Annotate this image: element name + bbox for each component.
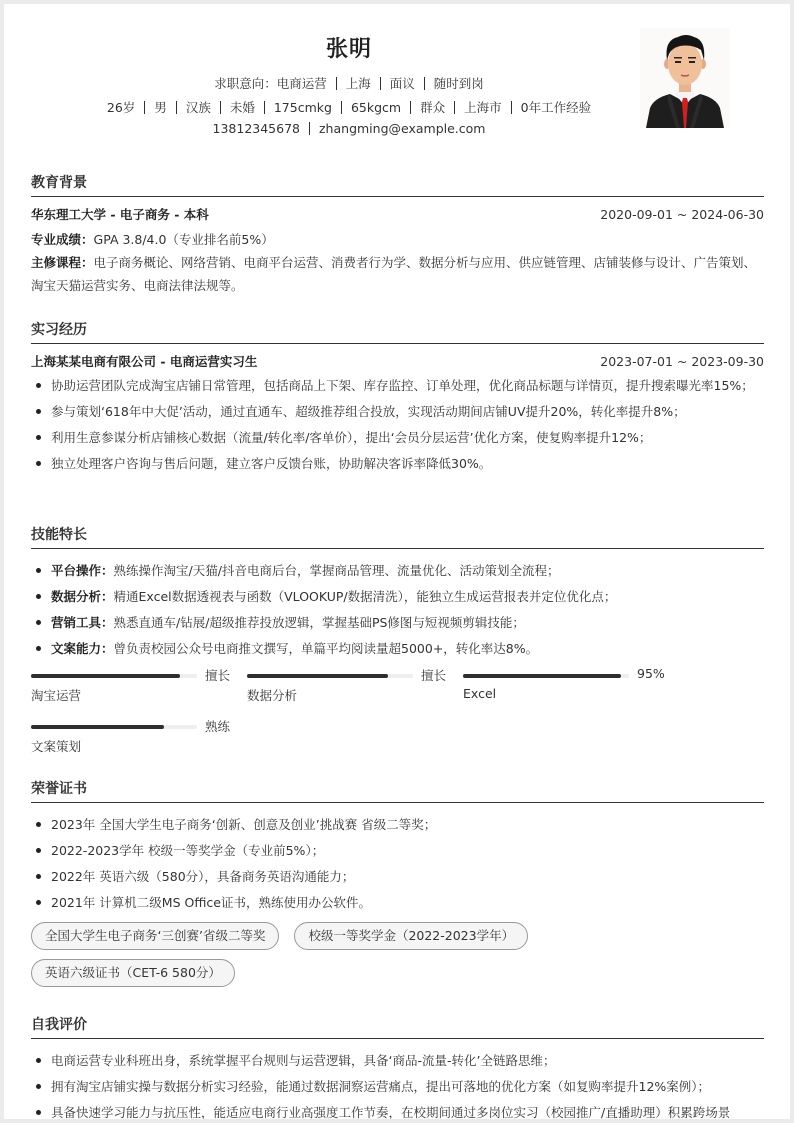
section-title: 自我评价 [31, 1014, 764, 1039]
phone: 13812345678 [213, 121, 300, 136]
skills-section: 技能特长 平台操作：熟练操作淘宝/天猫/抖音电商后台，掌握商品管理、流量优化、活… [31, 524, 764, 758]
weight: 65kgcm [351, 100, 401, 115]
skill-name: 文案策划 [31, 737, 81, 755]
skill-label: 平台操作： [51, 563, 114, 578]
avatar-illustration-icon [640, 28, 730, 128]
divider [341, 101, 342, 114]
intent-city: 上海 [346, 76, 371, 91]
location: 上海市 [464, 100, 502, 115]
divider [511, 101, 512, 114]
list-item: 2022年 英语六级（580分），具备商务英语沟通能力； [31, 865, 764, 888]
skill-bar-fill [31, 674, 180, 678]
skill-name: 淘宝运营 [31, 686, 81, 704]
gpa-line: 专业成绩：GPA 3.8/4.0（专业排名前5%） [31, 228, 764, 251]
intent-salary: 面议 [390, 76, 415, 91]
divider [424, 77, 425, 90]
skills-bullets: 平台操作：熟练操作淘宝/天猫/抖音电商后台，掌握商品管理、流量优化、活动策划全流… [31, 559, 764, 660]
skill-label: 文案能力： [51, 641, 114, 656]
divider [380, 77, 381, 90]
divider [309, 122, 310, 135]
skill-level: 擅长 [421, 666, 446, 684]
profile-photo [640, 28, 730, 128]
height: 175cmkg [274, 100, 332, 115]
intent-availability: 随时到岗 [434, 76, 484, 91]
list-item: 数据分析：精通Excel数据透视表与函数（VLOOKUP/数据清洗），能独立生成… [31, 585, 764, 608]
list-item: 文案能力：曾负责校园公众号电商推文撰写，单篇平均阅读量超5000+，转化率达8%… [31, 637, 764, 660]
courses-line: 主修课程：电子商务概论、网络营销、电商平台运营、消费者行为学、数据分析与应用、供… [31, 251, 764, 297]
honor-tag: 全国大学生电子商务‘三创赛’省级二等奖 [31, 922, 279, 950]
section-title: 教育背景 [31, 172, 764, 197]
list-item: 参与策划‘618年中大促’活动，通过直通车、超级推荐组合投放，实现活动期间店铺U… [31, 400, 764, 423]
personal-info-line: 26岁男汉族未婚175cmkg65kgcm群众上海市0年工作经验 [4, 98, 694, 116]
resume-header: 张明 求职意向：电商运营上海面议随时到岗 26岁男汉族未婚175cmkg65kg… [4, 4, 790, 154]
skill-bar-track [31, 674, 197, 678]
skill-bar-track [247, 674, 413, 678]
internship-date: 2023-07-01 ~ 2023-09-30 [600, 353, 764, 371]
skill-bar-fill [31, 725, 164, 729]
courses-label: 主修课程： [31, 255, 94, 270]
education-header-row: 华东理工大学 - 电子商务 - 本科 2020-09-01 ~ 2024-06-… [31, 206, 764, 224]
skill-text: 熟悉直通车/钻展/超级推荐投放逻辑，掌握基础PS修图与短视频剪辑技能； [114, 615, 525, 630]
skill-text: 熟练操作淘宝/天猫/抖音电商后台，掌握商品管理、流量优化、活动策划全流程； [114, 563, 560, 578]
skill-bar: 95% Excel [463, 666, 673, 710]
job-intent: 求职意向：电商运营 [214, 76, 327, 91]
divider [410, 101, 411, 114]
gender: 男 [154, 100, 167, 115]
job-intent-line: 求职意向：电商运营上海面议随时到岗 [4, 74, 694, 92]
skill-label: 营销工具： [51, 615, 114, 630]
marital-status: 未婚 [230, 100, 255, 115]
list-item: 平台操作：熟练操作淘宝/天猫/抖音电商后台，掌握商品管理、流量优化、活动策划全流… [31, 559, 764, 582]
section-title: 技能特长 [31, 524, 764, 549]
skill-bar-fill [463, 674, 621, 678]
honor-tags: 全国大学生电子商务‘三创赛’省级二等奖 校级一等奖学金（2022-2023学年）… [31, 922, 631, 987]
section-title: 荣誉证书 [31, 778, 764, 803]
work-experience: 0年工作经验 [521, 100, 591, 115]
divider [264, 101, 265, 114]
candidate-name: 张明 [4, 32, 694, 63]
skill-bars: 擅长 淘宝运营 擅长 数据分析 95% Excel 熟练 文案策划 [31, 666, 764, 758]
skill-name: 数据分析 [247, 686, 297, 704]
skill-text: 精通Excel数据透视表与函数（VLOOKUP/数据清洗），能独立生成运营报表并… [114, 589, 617, 604]
skill-bar-track [463, 674, 629, 678]
list-item: 电商运营专业科班出身，系统掌握平台规则与运营逻辑，具备‘商品-流量-转化’全链路… [31, 1049, 764, 1072]
skill-label: 数据分析： [51, 589, 114, 604]
divider [220, 101, 221, 114]
list-item: 独立处理客户咨询与售后问题，建立客户反馈台账，协助解决客诉率降低30%。 [31, 452, 764, 475]
divider [176, 101, 177, 114]
school-degree: 华东理工大学 - 电子商务 - 本科 [31, 206, 209, 224]
courses-value: 电子商务概论、网络营销、电商平台运营、消费者行为学、数据分析与应用、供应链管理、… [31, 255, 756, 293]
skill-level: 擅长 [205, 666, 230, 684]
internship-section: 实习经历 上海某某电商有限公司 - 电商运营实习生 2023-07-01 ~ 2… [31, 319, 764, 478]
honor-tag: 英语六级证书（CET-6 580分） [31, 959, 235, 987]
list-item: 具备快速学习能力与抗压性，能适应电商行业高强度工作节奏，在校期间通过多岗位实习（… [31, 1101, 764, 1119]
list-item: 拥有淘宝店铺实操与数据分析实习经验，能通过数据洞察运营痛点，提出可落地的优化方案… [31, 1075, 764, 1098]
skill-name: Excel [463, 686, 496, 701]
divider [336, 77, 337, 90]
honors-bullets: 2023年 全国大学生电子商务‘创新、创意及创业’挑战赛 省级二等奖； 2022… [31, 813, 764, 914]
gpa-label: 专业成绩： [31, 232, 94, 247]
skill-text: 曾负责校园公众号电商推文撰写，单篇平均阅读量超5000+，转化率达8%。 [114, 641, 539, 656]
list-item: 2021年 计算机二级MS Office证书，熟练使用办公软件。 [31, 891, 764, 914]
internship-bullets: 协助运营团队完成淘宝店铺日常管理，包括商品上下架、库存监控、订单处理，优化商品标… [31, 374, 764, 475]
ethnicity: 汉族 [186, 100, 211, 115]
list-item: 营销工具：熟悉直通车/钻展/超级推荐投放逻辑，掌握基础PS修图与短视频剪辑技能； [31, 611, 764, 634]
divider [144, 101, 145, 114]
self-evaluation-bullets: 电商运营专业科班出身，系统掌握平台规则与运营逻辑，具备‘商品-流量-转化’全链路… [31, 1049, 764, 1119]
list-item: 协助运营团队完成淘宝店铺日常管理，包括商品上下架、库存监控、订单处理，优化商品标… [31, 374, 764, 397]
honor-tag: 校级一等奖学金（2022-2023学年） [294, 922, 528, 950]
list-item: 2022-2023学年 校级一等奖学金（专业前5%）； [31, 839, 764, 862]
company-role: 上海某某电商有限公司 - 电商运营实习生 [31, 353, 257, 371]
list-item: 利用生意参谋分析店铺核心数据（流量/转化率/客单价），提出‘会员分层运营’优化方… [31, 426, 764, 449]
skill-bar-track [31, 725, 197, 729]
skill-bar: 擅长 数据分析 [247, 666, 457, 710]
contact-line: 13812345678zhangming@example.com [4, 121, 694, 136]
skill-bar: 擅长 淘宝运营 [31, 666, 241, 710]
gpa-value: GPA 3.8/4.0（专业排名前5%） [94, 232, 274, 247]
education-date: 2020-09-01 ~ 2024-06-30 [600, 206, 764, 224]
honors-section: 荣誉证书 2023年 全国大学生电子商务‘创新、创意及创业’挑战赛 省级二等奖；… [31, 778, 764, 987]
skill-level: 95% [637, 666, 665, 681]
political-status: 群众 [420, 100, 445, 115]
age: 26岁 [107, 100, 135, 115]
internship-header-row: 上海某某电商有限公司 - 电商运营实习生 2023-07-01 ~ 2023-0… [31, 353, 764, 371]
self-evaluation-section: 自我评价 电商运营专业科班出身，系统掌握平台规则与运营逻辑，具备‘商品-流量-转… [31, 1014, 764, 1119]
skill-bar: 熟练 文案策划 [31, 717, 241, 761]
section-title: 实习经历 [31, 319, 764, 344]
education-section: 教育背景 华东理工大学 - 电子商务 - 本科 2020-09-01 ~ 202… [31, 172, 764, 297]
resume-page: 张明 求职意向：电商运营上海面议随时到岗 26岁男汉族未婚175cmkg65kg… [4, 4, 790, 1119]
skill-level: 熟练 [205, 717, 230, 735]
skill-bar-fill [247, 674, 388, 678]
list-item: 2023年 全国大学生电子商务‘创新、创意及创业’挑战赛 省级二等奖； [31, 813, 764, 836]
email[interactable]: zhangming@example.com [319, 121, 485, 136]
divider [454, 101, 455, 114]
